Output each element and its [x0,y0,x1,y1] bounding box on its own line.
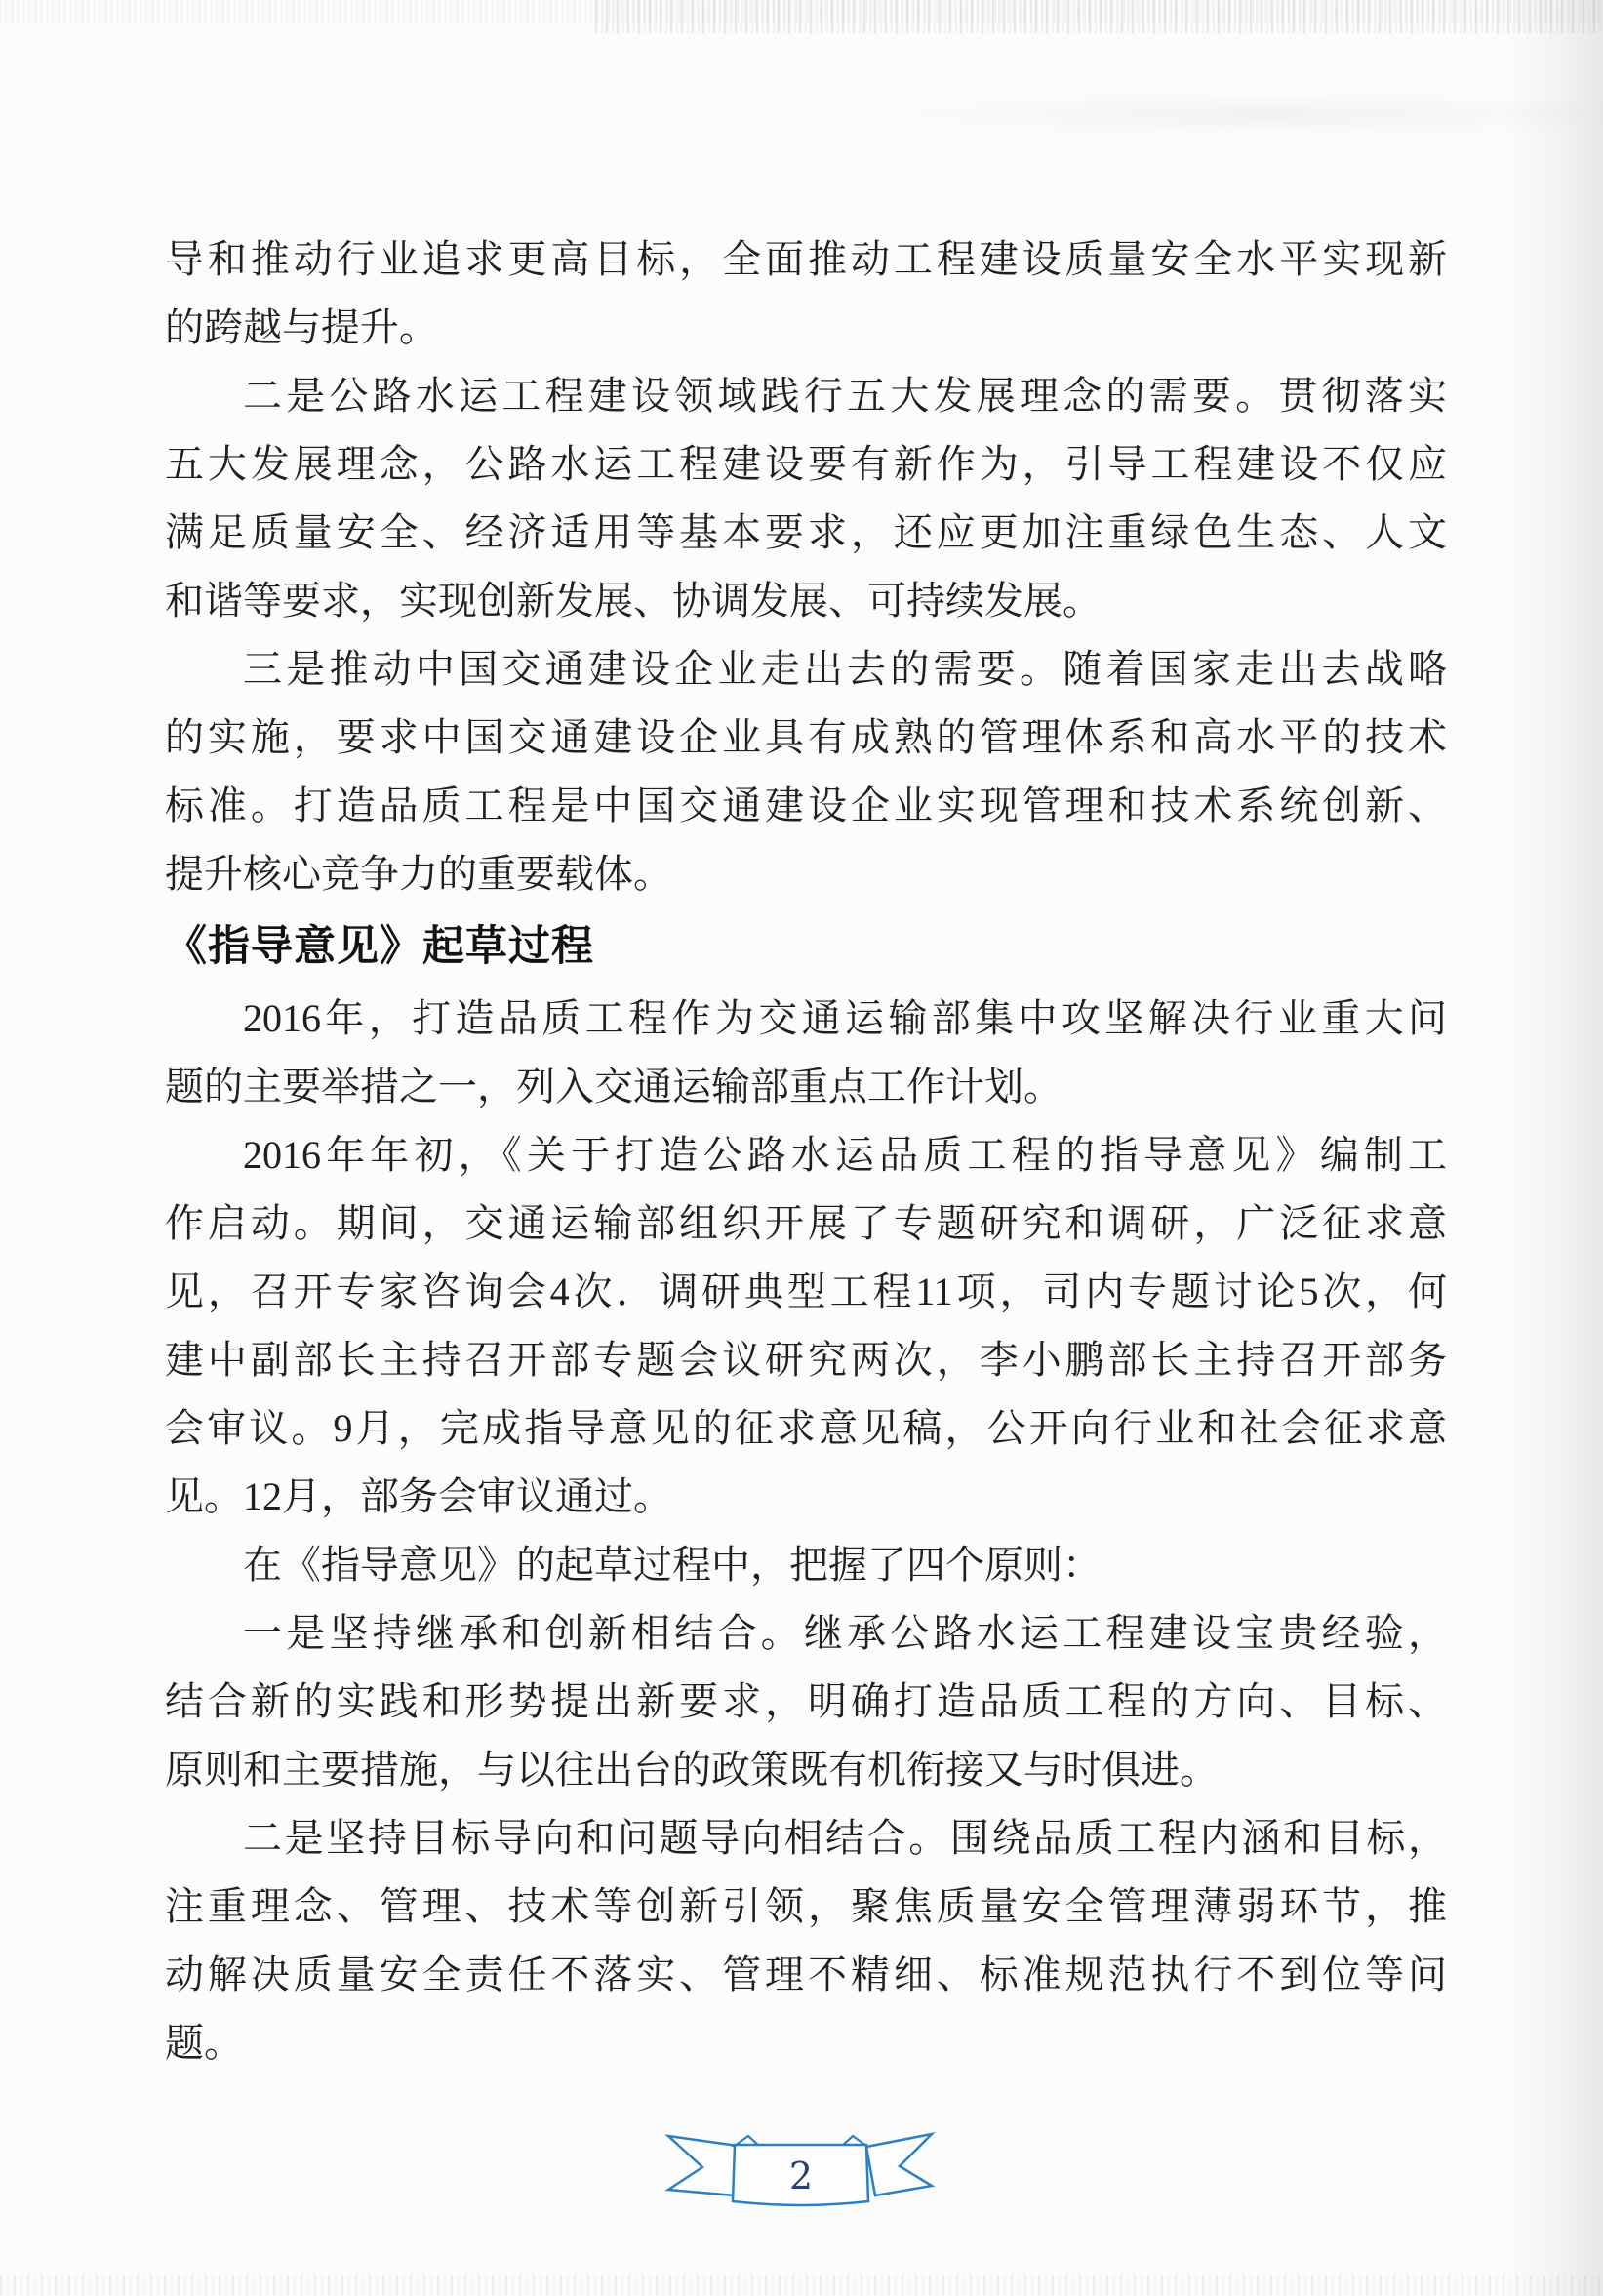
text-line: 题。 [165,2009,1447,2077]
text-line: 2016年，打造品质工程作为交通运输部集中攻坚解决行业重大问 [165,985,1447,1053]
scanned-document-page: 导和推动行业追求更高目标，全面推动工程建设质量安全水平实现新 的跨越与提升。 二… [0,0,1603,2296]
text-line: 标准。打造品质工程是中国交通建设企业实现管理和技术系统创新、 [165,772,1447,840]
text-line: 的实施，要求中国交通建设企业具有成熟的管理体系和高水平的技术 [165,704,1447,772]
document-body: 导和推动行业追求更高目标，全面推动工程建设质量安全水平实现新 的跨越与提升。 二… [165,225,1447,2077]
text-line: 在《指导意见》的起草过程中，把握了四个原则： [165,1531,1447,1599]
text-line: 和谐等要求，实现创新发展、协调发展、可持续发展。 [165,567,1447,635]
text-line: 作启动。期间，交通运输部组织开展了专题研究和调研，广泛征求意 [165,1189,1447,1258]
text-line: 结合新的实践和形势提出新要求，明确打造品质工程的方向、目标、 [165,1668,1447,1736]
scan-artifact-top-right [595,0,1603,33]
page-number-ribbon: 2 [665,2127,939,2217]
text-line: 原则和主要措施，与以往出台的政策既有机衔接又与时俱进。 [165,1736,1447,1804]
text-line: 动解决质量安全责任不落实、管理不精细、标准规范执行不到位等问 [165,1941,1447,2009]
text-line: 导和推动行业追求更高目标，全面推动工程建设质量安全水平实现新 [165,225,1447,294]
text-line: 二是坚持目标导向和问题导向相结合。围绕品质工程内涵和目标， [165,1804,1447,1873]
text-line: 三是推动中国交通建设企业走出去的需要。随着国家走出去战略 [165,635,1447,704]
text-line: 见，召开专家咨询会4次．调研典型工程11项，司内专题讨论5次，何 [165,1258,1447,1326]
text-line: 一是坚持继承和创新相结合。继承公路水运工程建设宝贵经验， [165,1599,1447,1668]
scan-artifact-bottom [0,2275,1603,2296]
text-line: 题的主要举措之一，列入交通运输部重点工作计划。 [165,1053,1447,1121]
section-heading: 《指导意见》起草过程 [165,908,1447,985]
text-line: 五大发展理念，公路水运工程建设要有新作为，引导工程建设不仅应 [165,430,1447,499]
text-line: 见。12月，部务会审议通过。 [165,1463,1447,1531]
scan-artifact-smudge [859,90,1603,139]
text-line: 注重理念、管理、技术等创新引领，聚焦质量安全管理薄弱环节，推 [165,1873,1447,1941]
text-line: 会审议。9月，完成指导意见的征求意见稿，公开向行业和社会征求意 [165,1394,1447,1463]
text-line: 的跨越与提升。 [165,294,1447,362]
ribbon-right-tail [866,2134,932,2195]
page-number: 2 [789,2155,813,2197]
text-line: 2016年年初，《关于打造公路水运品质工程的指导意见》编制工 [165,1121,1447,1189]
text-line: 建中副部长主持召开部专题会议研究两次，李小鹏部长主持召开部务 [165,1326,1447,1394]
text-line: 提升核心竞争力的重要载体。 [165,840,1447,908]
text-line: 满足质量安全、经济适用等基本要求，还应更加注重绿色生态、人文 [165,499,1447,567]
scan-artifact-right-edge [1505,0,1603,2296]
text-line: 二是公路水运工程建设领域践行五大发展理念的需要。贯彻落实 [165,362,1447,430]
